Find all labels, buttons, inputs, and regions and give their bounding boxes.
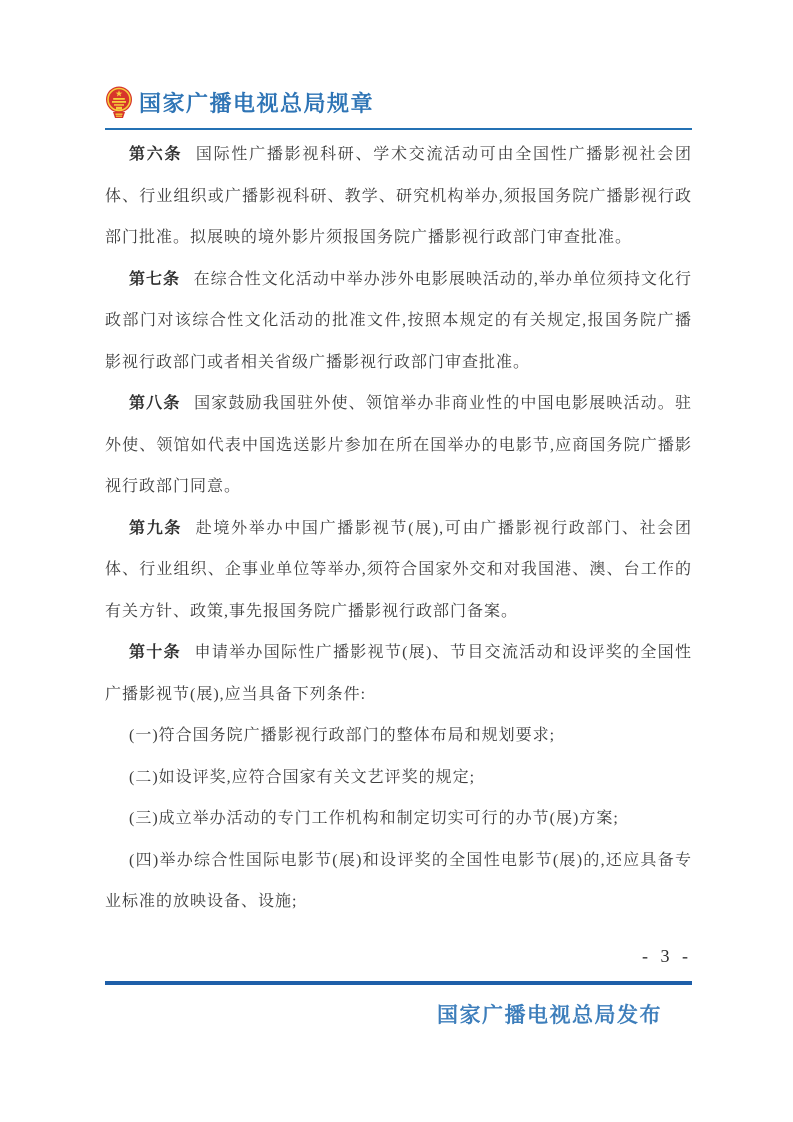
clause-item-4: (四)举办综合性国际电影节(展)和设评奖的全国性电影节(展)的,还应具备专业标准… — [105, 840, 692, 923]
article-label: 第七条 — [129, 271, 180, 288]
china-national-emblem-icon — [105, 85, 133, 119]
article-paragraph-8: 第八条国家鼓励我国驻外使、领馆举办非商业性的中国电影展映活动。驻外使、领馆如代表… — [105, 383, 692, 508]
article-text: 赴境外举办中国广播影视节(展),可由广播影视行政部门、社会团体、行业组织、企事业… — [105, 520, 692, 620]
article-text: 申请举办国际性广播影视节(展)、节目交流活动和设评奖的全国性广播影视节(展),应… — [105, 644, 692, 703]
article-label: 第九条 — [129, 520, 182, 537]
article-text: 国家鼓励我国驻外使、领馆举办非商业性的中国电影展映活动。驻外使、领馆如代表中国选… — [105, 395, 692, 495]
header-divider — [105, 128, 692, 130]
document-body: 第六条国际性广播影视科研、学术交流活动可由全国性广播影视社会团体、行业组织或广播… — [105, 134, 692, 923]
article-label: 第八条 — [129, 395, 181, 412]
article-label: 第六条 — [129, 146, 182, 163]
article-paragraph-6: 第六条国际性广播影视科研、学术交流活动可由全国性广播影视社会团体、行业组织或广播… — [105, 134, 692, 259]
page-number: - 3 - — [105, 943, 692, 969]
clause-item-1: (一)符合国务院广播影视行政部门的整体布局和规划要求; — [105, 715, 692, 757]
article-text: 国际性广播影视科研、学术交流活动可由全国性广播影视社会团体、行业组织或广播影视科… — [105, 146, 692, 246]
article-label: 第十条 — [129, 644, 181, 661]
clause-item-3: (三)成立举办活动的专门工作机构和制定切实可行的办节(展)方案; — [105, 798, 692, 840]
clause-item-2: (二)如设评奖,应符合国家有关文艺评奖的规定; — [105, 757, 692, 799]
document-page: 国家广播电视总局规章 第六条国际性广播影视科研、学术交流活动可由全国性广播影视社… — [0, 0, 793, 1122]
article-paragraph-7: 第七条在综合性文化活动中举办涉外电影展映活动的,举办单位须持文化行政部门对该综合… — [105, 259, 692, 384]
article-text: 在综合性文化活动中举办涉外电影展映活动的,举办单位须持文化行政部门对该综合性文化… — [105, 271, 692, 371]
publisher-label: 国家广播电视总局发布 — [105, 999, 692, 1029]
page-footer: 国家广播电视总局发布 — [105, 981, 692, 1029]
footer-divider — [105, 981, 692, 985]
header-row: 国家广播电视总局规章 — [105, 85, 692, 119]
article-paragraph-10: 第十条申请举办国际性广播影视节(展)、节目交流活动和设评奖的全国性广播影视节(展… — [105, 632, 692, 715]
page-header: 国家广播电视总局规章 — [105, 85, 692, 130]
header-title: 国家广播电视总局规章 — [139, 87, 374, 118]
article-paragraph-9: 第九条赴境外举办中国广播影视节(展),可由广播影视行政部门、社会团体、行业组织、… — [105, 508, 692, 633]
